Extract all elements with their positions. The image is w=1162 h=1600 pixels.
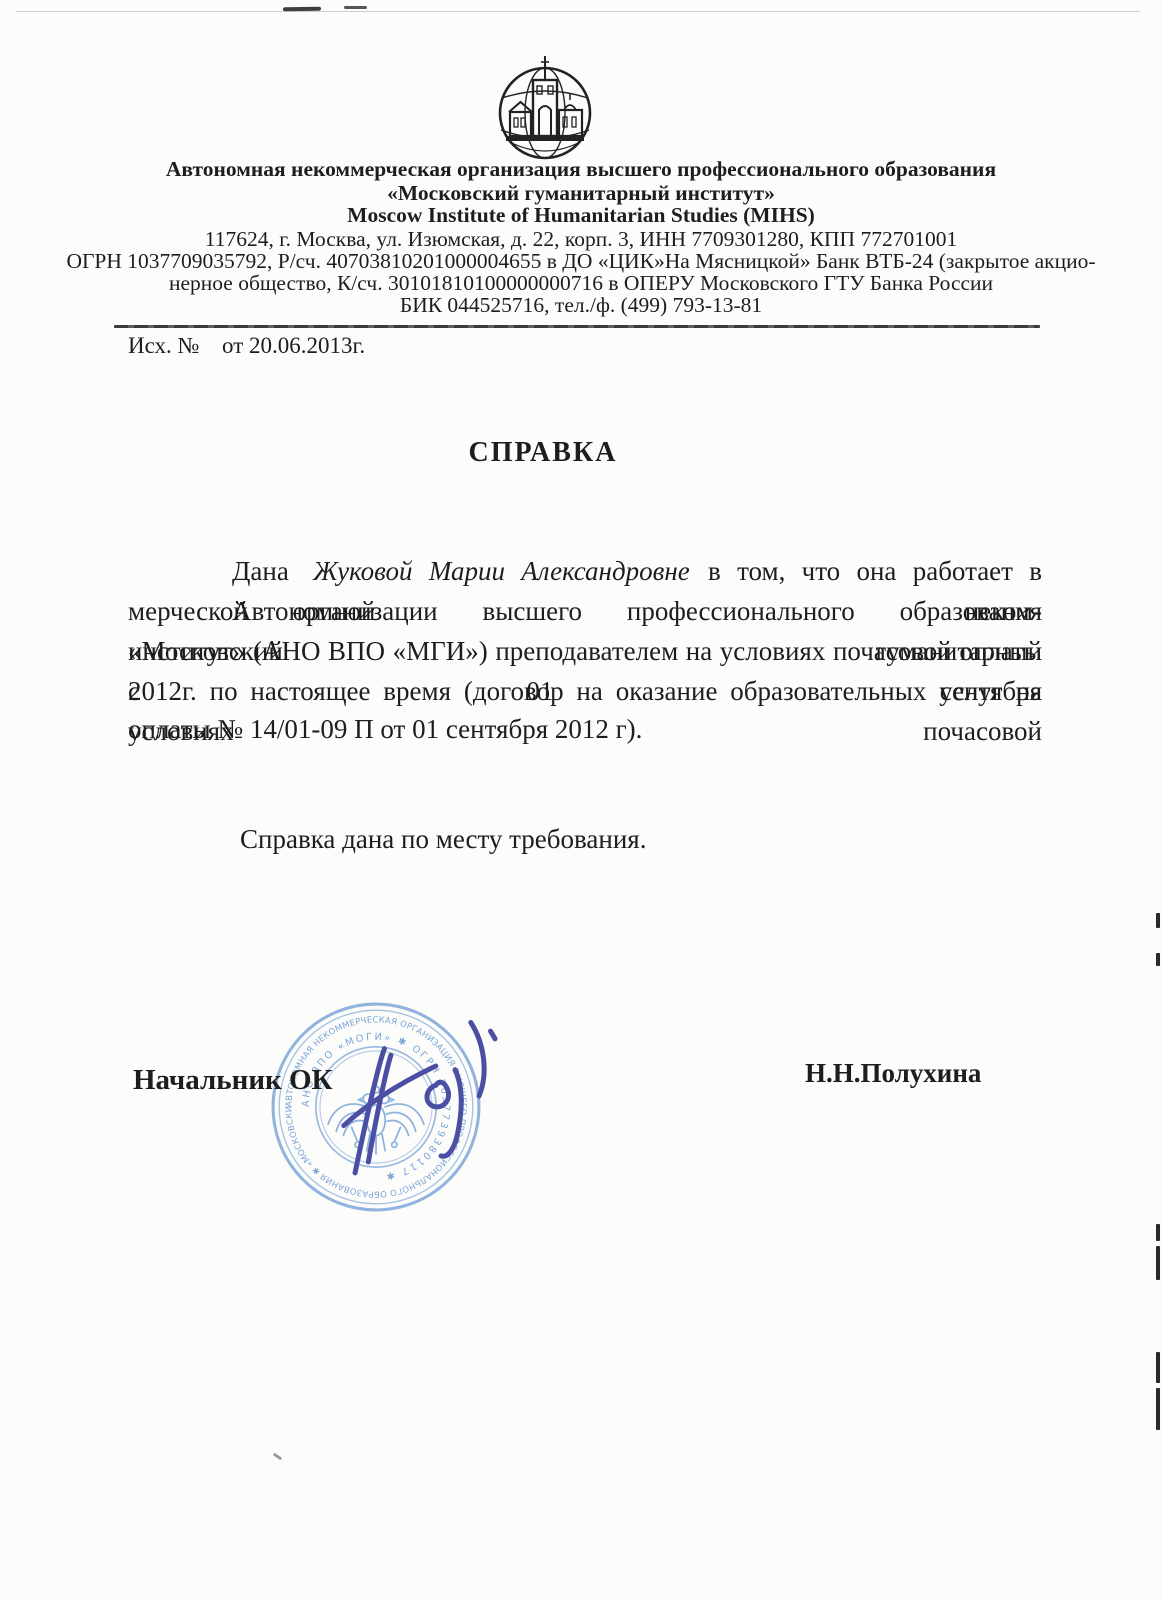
document-date: от 20.06.2013г. — [222, 333, 365, 359]
scan-artifact-line — [16, 11, 1140, 12]
body-line-5: оплаты № 14/01-09 П от 01 сентября 2012 … — [128, 709, 1042, 749]
org-name-english: Moscow Institute of Humanitarian Studies… — [0, 204, 1162, 226]
scan-speck — [273, 1453, 282, 1461]
scan-artifact-dash — [344, 6, 367, 9]
outgoing-number-label: Исх. № — [128, 333, 199, 359]
org-address-line: 117624, г. Москва, ул. Изюмская, д. 22, … — [0, 228, 1162, 250]
document-title: СПРАВКА — [0, 437, 1086, 469]
header-divider-rule — [114, 325, 1040, 328]
scan-edge-mark — [1156, 1224, 1160, 1241]
scan-artifact-dash — [283, 7, 321, 12]
scan-edge-mark — [1156, 913, 1160, 928]
scan-edge-mark — [1156, 1352, 1160, 1383]
org-phone-line: БИК 044525716, тел./ф. (499) 793-13-81 — [0, 294, 1162, 316]
institute-logo-globe-icon — [488, 54, 604, 160]
signer-position-title: Начальник ОК — [133, 1064, 333, 1097]
scan-edge-mark — [1156, 1388, 1160, 1430]
scanned-document-page: Автономная некоммерческая организация вы… — [0, 0, 1162, 1600]
handwritten-signature — [310, 999, 536, 1197]
scan-edge-mark — [1156, 953, 1160, 966]
closing-statement: Справка дана по месту требования. — [240, 824, 646, 855]
scan-edge-mark — [1156, 1246, 1160, 1280]
org-bank-line: ОГРН 1037709035792, Р/сч. 40703810201000… — [0, 250, 1162, 272]
signer-name: Н.Н.Полухина — [805, 1058, 981, 1089]
org-name-line1: Автономная некоммерческая организация вы… — [0, 158, 1162, 180]
org-name-line2: «Московский гуманитарный институт» — [0, 182, 1162, 204]
org-bank-line2: нерное общество, К/сч. 30101810100000000… — [0, 272, 1162, 294]
employee-name: Жуковой Марии Александровне — [313, 556, 690, 586]
body-text: Дана — [232, 556, 289, 586]
